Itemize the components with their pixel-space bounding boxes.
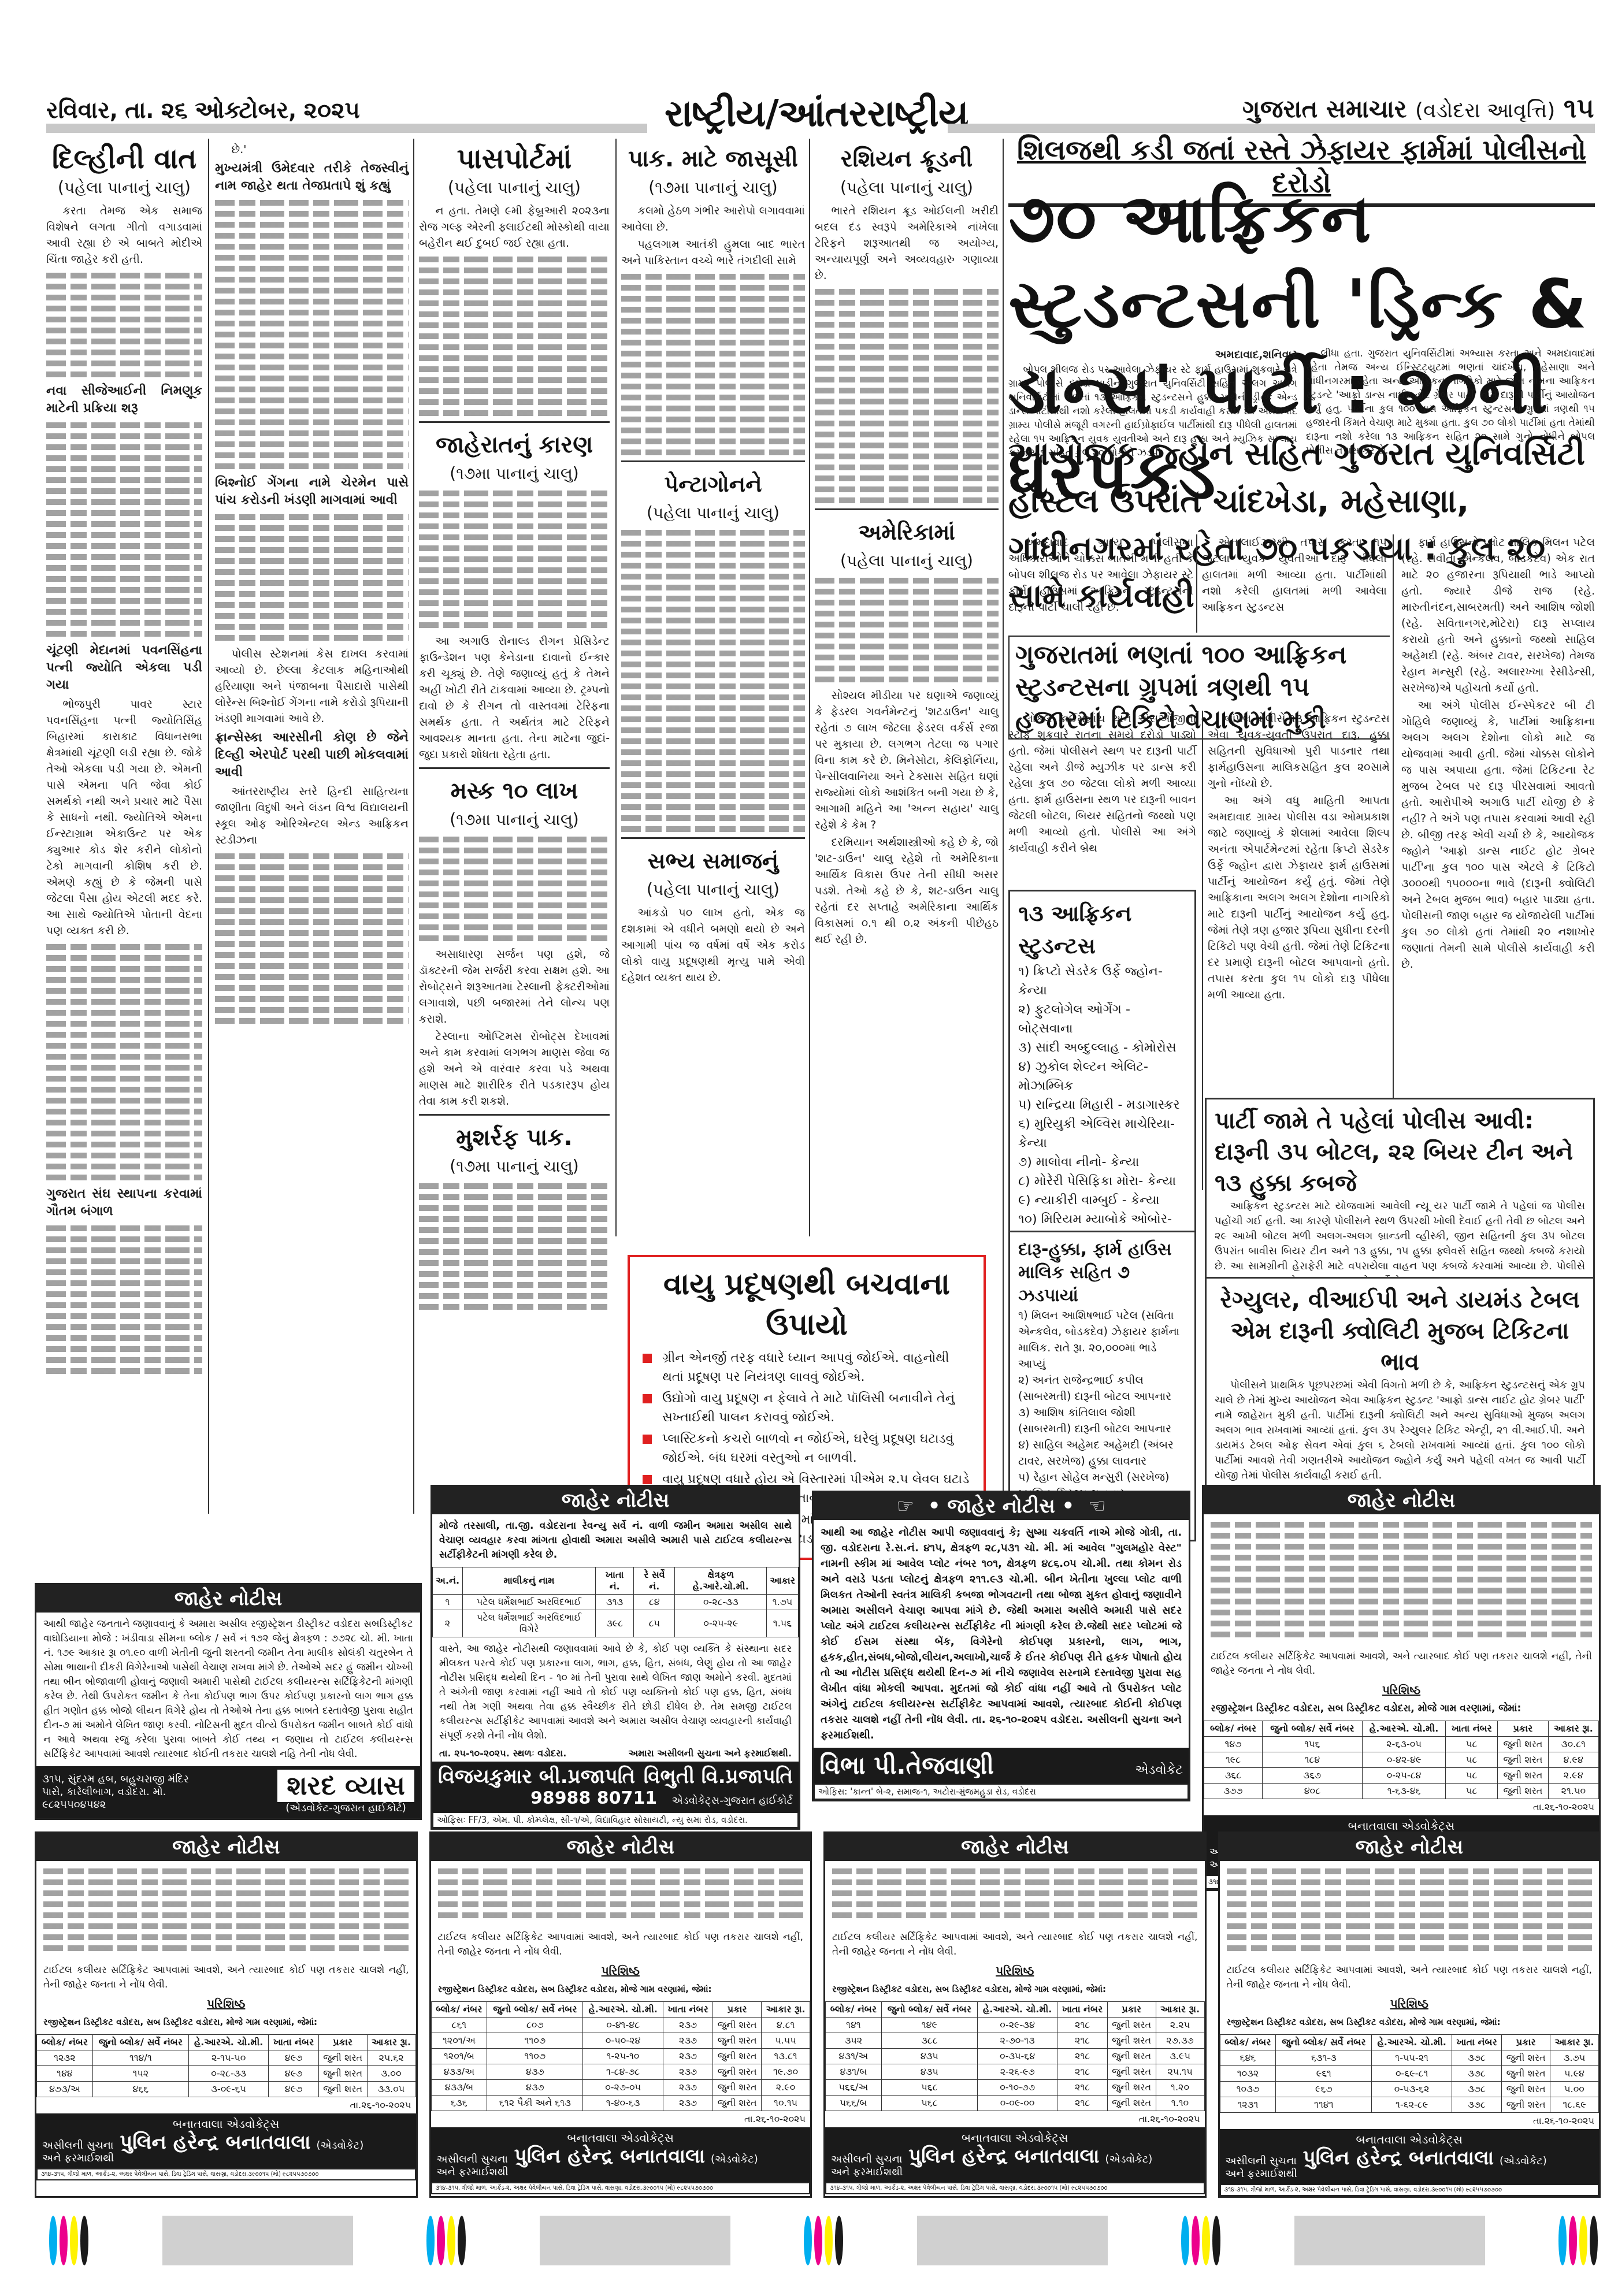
america-text-2: દરમિયાન અર્થશાસ્ત્રીઓ કહે છે કે, જો 'શટ-…: [815, 834, 999, 948]
pentagon-headline: પેન્ટાગોનને: [621, 467, 805, 501]
lead-story-col5: ફાર્મ હાઉસનો પ્લોટ માલિક મિલન પટેલ (રહે.…: [1401, 534, 1595, 974]
advocate-name: વિભુતી વિ.પ્રજાપતિ: [644, 1765, 793, 1788]
list-item: ઉદ્યોગો વાયુ પ્રદૂષણ ન ફેલાવે તે માટે પૉ…: [639, 1389, 974, 1427]
group-story-col1: લોકલ ક્રાઈમબ્રાંચ અને એસઓજીના સ્ટાફે શુક…: [1008, 711, 1196, 857]
notice-table: બ્લોક/ નંબરજુનો બ્લોક/ સર્વે નંબરહે.આરએ.…: [431, 2001, 811, 2111]
public-notice-banatwala-1: જાહેર નોટીસ ટાઈટલ કલીયર સર્ટિફિકેટ આપવામ…: [1202, 1485, 1601, 1891]
lead-text-5: ફાર્મ હાઉસનો પ્લોટ માલિક મિલન પટેલ (રહે.…: [1401, 534, 1595, 696]
arsi-text: આંતરરાષ્ટ્રીય સ્તરે હિન્દી સાહિત્યના જાણ…: [215, 783, 409, 848]
group-text-2: બોપલ પોલીસે ૧૩ આફ્રિકન સ્ટુડન્ટસ એવા યુવ…: [1208, 711, 1390, 792]
pak-spy-text-2: પહલગામ આતંકી હુમલા બાદ ભારત અને પાકિસ્તા…: [621, 236, 805, 269]
owners-list-title: દારૂ-હુક્કા, ફાર્મ હાઉસ માલિક સહિત ૭ ઝડપ…: [1018, 1238, 1186, 1307]
list-item: ૧) ક્રિપ્ટો સેડરેક ઉર્ફે જ્હોન- કેન્યા: [1018, 962, 1186, 1000]
notice-body: ટાઈટલ કલીયર સર્ટિફિકેટ આપવામાં આવશે, અને…: [825, 1926, 1205, 1964]
pak-spy-continued: (૧૭મા પાનાનું ચાલુ): [621, 176, 805, 199]
table-row: ૬૩૬૬૧૨ પૈકી અને ૬૧૩૧-૪૦-૬૩૨૩૭જુની શરત૧૦.…: [431, 2096, 810, 2111]
column-divider: [615, 139, 617, 1236]
column-divider: [413, 139, 414, 1514]
color-registration-marks: [1181, 2216, 1220, 2265]
notice-table: બ્લોક/ નંબરજુનો બ્લોક/ સર્વે નંબરહે.આરએ.…: [1204, 1721, 1599, 1799]
list-item: ૬) મુરિયુકી એલ્વિસ માચેરિયા- કેન્યા: [1018, 1114, 1186, 1153]
notice-title: જાહેર નોટીસ: [36, 1585, 420, 1613]
notice-signature: વિજયકુમાર બી.પ્રજાપતિ વિભુતી વિ.પ્રજાપતિ…: [432, 1762, 799, 1812]
notice-body: ટાઈટલ કલીયર સર્ટિફિકેટ આપવામાં આવશે, અને…: [36, 1959, 416, 1997]
grey-calibration-bar: [917, 2216, 1108, 2265]
notice-title: જાહેર નોટીસ: [1204, 1487, 1599, 1514]
list-item: પ્લાસ્ટિકનો કચરો બાળવો ન જોઈએ, ઘરેલું પ્…: [639, 1429, 974, 1467]
appendix-title: પરિશિષ્ઠ: [36, 1997, 416, 2011]
advocate-address: ૩૧૪-૩૧૫, ત્રીજો માળ, આર્કેડ-૨, અક્ષર પેવ…: [1220, 2184, 1600, 2196]
public-notice-prajapati: જાહેર નોટીસ મોજે તરસાલી, તા.જી. વડોદરાના…: [431, 1485, 800, 1830]
grey-calibration-bar: [1294, 2216, 1485, 2265]
table-header: ક્ષેત્રફળ હે.આરે.ચો.મી.: [675, 1567, 767, 1595]
advocate-role: એડવોકેટ્સ-ગુજરાત હાઈકોર્ટ: [672, 1795, 793, 1807]
square-bullet-icon: [643, 1475, 652, 1484]
group-text: લોકલ ક્રાઈમબ્રાંચ અને એસઓજીના સ્ટાફે શુક…: [1008, 711, 1196, 856]
notice-title: ☞ • જાહેર નોટીસ • ☜: [814, 1492, 1189, 1520]
delhi-column: દિલ્હીની વાત (પહેલા પાનાનું ચાલુ) કરતા ત…: [46, 142, 202, 1379]
advocate-firm: બનાતવાલા એડવોકેટ્સ: [1209, 1819, 1593, 1833]
notice-title: જાહેર નોટીસ: [825, 1833, 1205, 1861]
ticket-price-title: રેગ્યુલર, વીઆઈપી અને ડાયમંડ ટેબલ એમ દારૂ…: [1215, 1284, 1585, 1378]
advocate-name: વિજયકુમાર બી.પ્રજાપતિ: [438, 1765, 635, 1788]
pak-spy-text: કલમો હેઠળ ગંભીર આરોપો લગાવવામાં આવેલા છે…: [621, 203, 805, 235]
masthead-rule-right: [948, 124, 1595, 133]
color-registration-marks: [426, 2216, 466, 2265]
appendix-title: પરિશિષ્ઠ: [1204, 1683, 1599, 1697]
delhi-jyoti-text: ભોજપુરી પાવર સ્ટાર પવનસિંહના પત્ની જ્યોત…: [46, 696, 202, 939]
square-bullet-icon: [643, 1435, 652, 1444]
delhi-column-continued: છે.' મુખ્યમંત્રી ઉમેદવાર તરીકે તેજસ્વીનુ…: [215, 142, 409, 1029]
advocate-role: (એડવોકેટ-ગુજરાત હાઈકોર્ટ): [277, 1802, 414, 1815]
notices-bottom-row: જાહેર નોટીસ ટાઈટલ કલીયર સર્ટિફિકેટ આપવામ…: [35, 1831, 1601, 2198]
notice-body: ટાઈટલ કલીયર સર્ટિફિકેટ આપવામાં આવશે, અને…: [1220, 1959, 1600, 1997]
notice-title: જાહેર નોટીસ: [1220, 1833, 1600, 1861]
notice-client-note: અમારા અસીલની સુચના અને ફરમાઈશથી.: [628, 1748, 792, 1759]
lead-story-col4: એનાલાઈઝરથી તપાસ કરતા ૧૫ જેટલા યુવક યુવતી…: [1202, 534, 1387, 616]
section-divider: [621, 460, 805, 462]
america-text: સોશ્યલ મીડીયા પર ઘણાએ જણાવ્યું કે ફેડરલ …: [815, 688, 999, 833]
musk-headline: મસ્ક ૧૦ લાખ: [419, 774, 610, 808]
list-item: ૧) મિલન આશિષભાઈ પટેલ (સવિતા એન્કલેવ, બોડ…: [1018, 1307, 1186, 1372]
print-registration-strip: [49, 2216, 1598, 2265]
delhi-subhead: નવા સીજેઆઈની નિમણૂક માટેની પ્રક્રિયા શરૂ: [46, 382, 202, 417]
list-item: ૨) ફુટલોગેલ ઓર્ગેંગ - બોટ્સવાના: [1018, 1000, 1186, 1038]
delhi-continued: (પહેલા પાનાનું ચાલુ): [46, 176, 202, 199]
notice-signature: ૩૧૫, સુંદરમ હબ, બહુચરાજી મંદિર પાસે, કાર…: [36, 1766, 420, 1818]
notice-intro: મોજે તરસાલી, તા.જી. વડોદરાના રેવન્યુ સર્…: [432, 1514, 799, 1567]
advocate-name: પુલિન હરેન્દ્ર બનાતવાલા: [514, 2145, 705, 2168]
issue-date: રવિવાર, તા. ૨૬ ઓક્ટોબર, ૨૦૨૫: [46, 97, 360, 124]
ticket-price-box: રેગ્યુલર, વીઆઈપી અને ડાયમંડ ટેબલ એમ દારૂ…: [1205, 1277, 1595, 1492]
sabhya-continued: (પહેલા પાનાનું ચાલુ): [621, 878, 805, 901]
notice-body: આથી આ જાહેર નોટીસ આપી જણાવવાનું કે; સુષ્…: [814, 1520, 1189, 1748]
table-header: ખાતા નં.: [596, 1567, 634, 1595]
paper-title: ગુજરાત સમાચાર: [1242, 95, 1407, 123]
table-row: ૫૬૬/બ૫૬૮૦-૦૯-૦૦૨૧૮જુની શરત૧.૧૦: [826, 2096, 1205, 2111]
section-title: રાષ્ટ્રીય/આંતરરાષ્ટ્રીય: [665, 92, 968, 135]
pentagon-continued: (પહેલા પાનાનું ચાલુ): [621, 501, 805, 525]
lead-dateline: અમદાવાદ,શનિવાર: [1008, 347, 1297, 363]
color-registration-marks: [49, 2216, 88, 2265]
square-bullet-icon: [643, 1354, 652, 1363]
table-row: ૬૪૬૬૩૧-૩૧-૫૫-૨૧૩૭૮જુની શરત૩.૭૫: [1220, 2050, 1599, 2066]
list-item: ૪) ઝુકોલ શેલ્ટન એલિટ- મોઝામ્બિક: [1018, 1057, 1186, 1095]
musharraf-continued: (૧૭મા પાનાનું ચાલુ): [419, 1155, 610, 1178]
table-row: ૪૩૩/બ૪૩૭૦-૨૭-૦૫૨૩૭જુની શરત૨.૯૦: [431, 2080, 810, 2096]
notice-date: તા.૨૬-૧૦-૨૦૨૫: [431, 2111, 811, 2127]
table-header: આકાર: [767, 1567, 799, 1595]
table-row: ૧૪૧૧૪૯૦-૨૯-૩૪૨૧૮જુની શરત૨.૨૫: [826, 2018, 1205, 2033]
newspaper-name: ગુજરાત સમાચાર (વડોદરા આવૃત્તિ) ૧૫: [1242, 92, 1594, 125]
table-row: ૧૦૩૨૯૬૧૦-૬૯-૮૧૩૭૮જુની શરત૫.૯૪: [1220, 2066, 1599, 2082]
table-row: ૪૭૩/અ૪૬૬૩-૦૯-૬૫૪૯૭જુની શરત૩૩.૦૫: [37, 2082, 416, 2097]
notice-title: જાહેર નોટીસ: [36, 1833, 416, 1861]
sabhya-headline: સભ્ય સમાજનું: [621, 844, 805, 878]
section-divider: [621, 837, 805, 839]
public-notice-banatwala-2: જાહેર નોટીસ ટાઈટલ કલીયર સર્ટિફિકેટ આપવામ…: [35, 1831, 418, 2198]
grey-calibration-bar: [540, 2216, 730, 2265]
section-divider: [815, 508, 999, 510]
registration-line: રજીસ્ટ્રેશન ડિસ્ટ્રીકટ વડોદરા, સબ ડિસ્ટ્…: [1220, 2011, 1600, 2034]
notice-signature: વિભા પી.તેજવાણી એડવોકેટ: [814, 1748, 1189, 1784]
notice-body: ટાઈટલ કલીયર સર્ટિફિકેટ આપવામાં આવશે, અને…: [431, 1926, 811, 1964]
group-text-3: આ અંગે વધુ માહિતી આપતા અમદાવાદ ગ્રામ્ય પ…: [1208, 793, 1390, 1003]
bishnoi-subhead: બિશ્નોઈ ગેંગના નામે ચેરમેન પાસે પાંચ કરો…: [215, 474, 409, 509]
jaherat-text: આ અગાઉ રોનાલ્ડ રીગન પ્રેસિડેન્ટ ફાઉન્ડેશ…: [419, 633, 610, 763]
square-bullet-icon: [643, 1394, 652, 1403]
students-list-title: ૧૩ આફ્રિકન સ્ટુડન્ટસ: [1018, 897, 1186, 962]
table-row: ૪૩૧/અ૪૩૫૦-૩૫-૬૪૨૧૮જુની શરત૩.૯૫: [826, 2049, 1205, 2064]
advocate-name: પુલિન હરેન્દ્ર બનાતવાલા: [120, 2131, 310, 2154]
air-pollution-title: વાયુ પ્રદૂષણથી બચવાના ઉપાયો: [639, 1264, 974, 1345]
musk-continued: (૧૭મા પાનાનું ચાલુ): [419, 808, 610, 831]
notice-date: તા.૨૬-૧૦-૨૦૨૫: [1204, 1799, 1599, 1815]
musharraf-headline: મુશર્રફ પાક.: [419, 1120, 610, 1155]
delhi-subhead-jyoti: ચૂંટણી મેદાનમાં પવનસિંહના પત્ની જ્યોતિ એ…: [46, 642, 202, 694]
pointing-hand-icon: ☜: [1088, 1495, 1105, 1518]
appendix-title: પરિશિષ્ઠ: [825, 1964, 1205, 1978]
passport-headline: પાસપોર્ટમાં: [419, 142, 610, 176]
group-story-col2: બોપલ પોલીસે ૧૩ આફ્રિકન સ્ટુડન્ટસ એવા યુવ…: [1208, 711, 1390, 1004]
registration-line: રજીસ્ટ્રેશન ડિસ્ટ્રીકટ વડોદરા, સબ ડિસ્ટ્…: [431, 1978, 811, 2001]
america-continued: (પહેલા પાનાનું ચાલુ): [815, 549, 999, 573]
section-divider: [419, 1114, 610, 1116]
table-header: માલીકનું નામ: [462, 1567, 595, 1595]
list-item: ૮) મોરેરી પેસિફિકા મોરા- કેન્યા: [1018, 1172, 1186, 1191]
advocate-name: પુલિન હરેન્દ્ર બનાતવાલા: [908, 2145, 1099, 2168]
delhi-subhead-3: ગુજરાત સંઘ સ્થાપના કરવામાં ગૌતમ બંગાળ: [46, 1186, 202, 1220]
notice-table: અ.નં. માલીકનું નામ ખાતા નં. રે સર્વે નં.…: [432, 1567, 799, 1637]
page-number: ૧૫: [1564, 92, 1594, 124]
table-row: ૧૨૩૨૧૧૪/૧૨-૧૫-૫૦૪૯૭જુની શરત૨૫.૬૨: [37, 2050, 416, 2066]
list-item: ૯) ન્યાકીરી વામ્બુઈ - કેન્યા: [1018, 1191, 1186, 1210]
edition-label: (વડોદરા આવૃત્તિ): [1415, 99, 1555, 122]
list-item: ૫) રાન્દ્રિયા મિહારી - મડાગાસ્કર: [1018, 1095, 1186, 1114]
table-row: ૩૭૭૪૦૮૧-૬૩-૪૬૫૮જુની શરત૨૧.૫૦: [1204, 1784, 1599, 1799]
lead-story-col3: અમદાવાદ ગ્રામ્ય પોલીસના અધિકારીઓને ચોક્ક…: [1008, 534, 1193, 616]
notice-signature: બનાતવાલા એડવોકેટ્સ અસીલની સુચનાઅને ફરમાઈ…: [825, 2127, 1205, 2182]
table-row: ૧૯૮૧૮૪૦-૪૨-૪૯૫૮જુની શરત૪.૯૪: [1204, 1752, 1599, 1768]
delhi-text: કરતા તેમજ એક સમાજ વિશેષને લગતા ગીતો વગાડ…: [46, 203, 202, 268]
lead-text-3: અમદાવાદ ગ્રામ્ય પોલીસના અધિકારીઓને ચોક્ક…: [1008, 534, 1193, 615]
notice-date: તા.૨૬-૧૦-૨૦૨૫: [36, 2097, 416, 2113]
notice-body: આથી જાહેર જનતાને જણાવવાનું કે અમારા અસીલ…: [36, 1613, 420, 1766]
america-headline: અમેરિકામાં: [815, 515, 999, 549]
column-divider: [1202, 711, 1203, 1190]
column-divider: [1393, 534, 1394, 1179]
advocate-address: ૩૧૪-૩૧૫, ત્રીજો માળ, આર્કેડ-૨, અક્ષર પેવ…: [431, 2182, 811, 2194]
table-header: અ.નં.: [433, 1567, 463, 1595]
russian-column: રશિયન ક્રૂડની (પહેલા પાનાનું ચાલુ) ભારતે…: [815, 142, 999, 949]
bishnoi-text: પોલીસ સ્ટેશનમાં કેસ દાખલ કરવામાં આવ્યો છ…: [215, 646, 409, 727]
table-row: ૧૪૪૧૫૨૦-૨૮-૩૩૪૯૭જુની શરત૩.૦૦: [37, 2066, 416, 2082]
notice-date: તા. ૨૫-૧૦-૨૦૨૫. સ્થળઃ વડોદરા.: [439, 1748, 566, 1759]
advocate-address: ૩૧૫, સુંદરમ હબ, બહુચરાજી મંદિર પાસે, કાર…: [42, 1773, 204, 1811]
public-notice-banatwala-4: જાહેર નોટીસ ટાઈટલ કલીયર સર્ટિફિકેટ આપવામ…: [823, 1831, 1207, 2198]
table-row: ૧પટેલ ધર્મેશભાઈ અરવિંદભાઈ૩૧૩૮૪૦-૨૮-૩૩૧.૭…: [433, 1595, 799, 1610]
advocate-name: શરદ વ્યાસ: [277, 1770, 414, 1802]
color-registration-marks: [804, 2216, 843, 2265]
advocate-phone: 98988 80711: [530, 1788, 657, 1808]
text-fragment: છે.': [215, 142, 409, 158]
lead-text-6: આ અંગે પોલીસ ઈન્સ્પેકટર બી ટી ગોહિલે જણા…: [1401, 697, 1595, 972]
table-row: ૪૩૧/બ૪૩૫૨-૨૬-૯૭૨૧૮જુની શરત૨૫.૧૫: [826, 2064, 1205, 2080]
advocate-name: પુલિન હરેન્દ્ર બનાતવાલા: [1303, 2146, 1494, 2169]
table-row: ૮૬૧૮૦૭૦-૪૧-૪૮૨૩૭જુની શરત૪.૮૧: [431, 2018, 810, 2033]
jaherat-headline: જાહેરાતનું કારણ: [419, 428, 610, 462]
table-row: ૩૫૨૩૮૮૨-૭૦-૧૩૨૧૮જુની શરત૨૭.૩૭: [826, 2033, 1205, 2049]
notice-table: બ્લોક/ નંબરજુનો બ્લોક/ સર્વે નંબરહે.આરએ.…: [36, 2034, 416, 2097]
color-registration-marks: [1558, 2216, 1598, 2265]
grey-calibration-bar: [162, 2216, 353, 2265]
delhi-headline: દિલ્હીની વાત: [46, 142, 202, 176]
column-divider: [809, 139, 810, 1236]
table-row: ૪૩૩/અ૪૩૭૧-૮૪-૭૮૨૩૭જુની શરત૧૯.૭૦: [431, 2064, 810, 2080]
public-notice-sharad: જાહેર નોટીસ આથી જાહેર જનતાને જણાવવાનું ક…: [35, 1583, 422, 1820]
column-divider: [208, 139, 209, 1514]
advocate-address: ૩૧૪-૩૧૫, ત્રીજો માળ, આર્કેડ-૨, અક્ષર પેવ…: [36, 2168, 416, 2180]
table-row: ૨પટેલ ધર્મેશભાઈ અરવિંદભાઈ વિગેરે૩૯૮૮૫૦-૨…: [433, 1610, 799, 1637]
advocate-address: ૩૧૪-૩૧૫, ત્રીજો માળ, આર્કેડ-૨, અક્ષર પેવ…: [825, 2182, 1205, 2194]
passport-text: ન હતા. તેમણે ૯મી ફેબ્રુઆરી ૨૦૨૩ના રોજ ગલ…: [419, 203, 610, 251]
notice-title: જાહેર નોટીસ: [431, 1833, 811, 1861]
table-row: ૧૨૦૧/અ૧૧૦૭૦-૫૦-૨૪૨૩૭જુની શરત૫.૫૫: [431, 2033, 810, 2049]
column-divider: [1003, 139, 1004, 1519]
advocate-name: વિભા પી.તેજવાણી: [819, 1751, 994, 1780]
table-header: રે સર્વે નં.: [634, 1567, 675, 1595]
list-item: ૩) સાંદી અબ્દુલ્લાહ - કોમોરોસ: [1018, 1038, 1186, 1057]
russian-continued: (પહેલા પાનાનું ચાલુ): [815, 176, 999, 199]
table-row: ૧૨૦૧/બ૧૧૦૭૧-૨૫-૧૦૨૩૭જુની શરત૧૩.૮૧: [431, 2049, 810, 2064]
table-row: ૧૪૭૧૫૬૨-૬૩-૦૫૫૮જુની શરત૩૦.૮૧: [1204, 1737, 1599, 1752]
appendix-title: પરિશિષ્ઠ: [1220, 1997, 1600, 2011]
notice-title: જાહેર નોટીસ: [432, 1487, 799, 1514]
public-notice-tejwani: ☞ • જાહેર નોટીસ • ☜ આથી આ જાહેર નોટીસ આપ…: [812, 1491, 1190, 1801]
public-notice-banatwala-3: જાહેર નોટીસ ટાઈટલ કલીયર સર્ટિફિકેટ આપવામ…: [429, 1831, 812, 2198]
list-item: ૨) અનંત રાજેન્દ્રભાઈ કપીલ (સાબરમતી) દારૂ…: [1018, 1372, 1186, 1405]
notice-table: બ્લોક/ નંબરજુનો બ્લોક/ સર્વે નંબરહે.આરએ.…: [825, 2001, 1205, 2111]
advocate-office: ઓફિસઃ FF/3, એમ. પી. કોમ્પ્લેક્ષ, સી-૧/એ,…: [432, 1812, 799, 1828]
police-seizure-box: પાર્ટી જામે તે પહેલાં પોલીસ આવી: દારૂની …: [1205, 1098, 1595, 1298]
notice-date: તા.૨૬-૧૦-૨૦૨૫: [825, 2111, 1205, 2127]
section-divider: [419, 421, 610, 423]
advocate-office: ઓફિસ: 'કાન્ત' બે-૨, સમાજ-૧, અટોરા-મુંજમહ…: [814, 1784, 1189, 1800]
russian-headline: રશિયન ક્રૂડની: [815, 142, 999, 176]
notice-table: બ્લોક/ નંબરજુનો બ્લોક/ સર્વે નંબરહે.આરએ.…: [1220, 2034, 1600, 2113]
russian-text: ભારતે રશિયન ક્રૂડ ઓઈલની ખરીદી બદલ દંડ સ્…: [815, 203, 999, 284]
notice-signature: બનાતવાલા એડવોકેટ્સ અસીલની સુચનાઅને ફરમાઈ…: [431, 2127, 811, 2182]
notice-body: વાસ્તે, આ જાહેર નોટીસથી જણાવવામાં આવે છે…: [432, 1637, 799, 1748]
column-divider: [1196, 534, 1197, 633]
appendix-title: પરિશિષ્ઠ: [431, 1964, 811, 1978]
jaherat-continued: (૧૭મા પાનાનું ચાલુ): [419, 462, 610, 485]
passport-continued: (પહેલા પાનાનું ચાલુ): [419, 176, 610, 199]
musk-text-2: ટેસ્લાના ઓપ્ટિમસ રોબોટ્સ દેખાવમાં અને કા…: [419, 1028, 610, 1109]
table-row: ૫૬૬/અ૫૬૮૦-૧૦-૭૭૨૧૮જુની શરત૧.૨૦: [826, 2080, 1205, 2096]
police-seizure-text: આફ્રિકન સ્ટુડન્ટસ માટે યોજવામાં આવેલી ન્…: [1215, 1199, 1585, 1289]
musk-text: અસાધારણ સર્જન પણ હશે, જે ડૉક્ટરની જેમ સર…: [419, 946, 610, 1027]
notice-date: તા.૨૬-૧૦-૨૦૨૫: [1220, 2113, 1600, 2129]
ticket-price-text: પોલીસને પ્રાથમિક પૂછપરછમાં એવી વિગતો મળી…: [1215, 1378, 1585, 1483]
table-row: ૧૦૩૭૯૬૭૦-૫૩-૬૨૩૭૮જુની શરત૫.૦૦: [1220, 2082, 1599, 2097]
table-row: ૧૨૩૧૧૧૪૧૧-૬૨-૮૯૩૭૮જુની શરત૧૮.૬૯: [1220, 2097, 1599, 2113]
list-item: ૭) માલોવા નીનો- કેન્યા: [1018, 1153, 1186, 1172]
list-item: ગ્રીન એનર્જી તરફ વધારે ધ્યાન આપવું જોઈએ.…: [639, 1348, 974, 1387]
tejashwi-subhead: મુખ્યમંત્રી ઉમેદવાર તરીકે તેજસ્વીનું નામ…: [215, 160, 409, 195]
masthead-rule-left: [46, 124, 647, 133]
notice-signature: બનાતવાલા એડવોકેટ્સ અસીલની સુચનાઅને ફરમાઈ…: [36, 2113, 416, 2168]
table-row: ૩૬૮૩૬૭૦-૨૫-૮૪૫૮જુની શરત૨.૯૪: [1204, 1768, 1599, 1784]
notice-signature: બનાતવાલા એડવોકેટ્સ અસીલની સુચનાઅને ફરમાઈ…: [1220, 2129, 1600, 2184]
advocate-role: એડવોકેટ: [1135, 1763, 1183, 1777]
list-item: ૩) આશિષ કાંતિલાલ જોશી (સાબરમતી) દારૂની બ…: [1018, 1405, 1186, 1437]
sabhya-text: આંકડો ૫૦ લાખ હતો, એક જ દશકામાં એ વધીને બ…: [621, 905, 805, 986]
lead-text-4: એનાલાઈઝરથી તપાસ કરતા ૧૫ જેટલા યુવક યુવતી…: [1202, 534, 1387, 615]
notice-body: ટાઈટલ કલીયર સર્ટિફિકેટ આપવામાં આવશે, અને…: [1204, 1645, 1599, 1683]
pointing-hand-icon: ☞: [897, 1495, 914, 1518]
section-divider: [419, 767, 610, 769]
arsi-subhead: ફ્રાન્સેસ્કા આરસીની કોણ છે જેને દિલ્હી એ…: [215, 729, 409, 781]
pak-spy-headline: પાક. માટે જાસૂસી: [621, 142, 805, 176]
registration-line: રજીસ્ટ્રેશન ડિસ્ટ્રીકટ વડોદરા, સબ ડિસ્ટ્…: [36, 2011, 416, 2034]
pak-spy-column: પાક. માટે જાસૂસી (૧૭મા પાનાનું ચાલુ) કલમ…: [621, 142, 805, 987]
passport-column: પાસપોર્ટમાં (પહેલા પાનાનું ચાલુ) ન હતા. …: [419, 142, 610, 1315]
public-notice-banatwala-5: જાહેર નોટીસ ટાઈટલ કલીયર સર્ટિફિકેટ આપવામ…: [1218, 1831, 1601, 2198]
registration-line: રજીસ્ટ્રેશન ડિસ્ટ્રીકટ વડોદરા, સબ ડિસ્ટ્…: [825, 1978, 1205, 2001]
police-seizure-title: પાર્ટી જામે તે પહેલાં પોલીસ આવી: દારૂની …: [1215, 1105, 1585, 1199]
list-item: ૪) સાહિલ અહેમદ અહેમદી (અંબર ટાવર, સરખેજ)…: [1018, 1437, 1186, 1469]
registration-line: રજીસ્ટ્રેશન ડિસ્ટ્રીકટ વડોદરા, સબ ડિસ્ટ્…: [1204, 1697, 1599, 1721]
